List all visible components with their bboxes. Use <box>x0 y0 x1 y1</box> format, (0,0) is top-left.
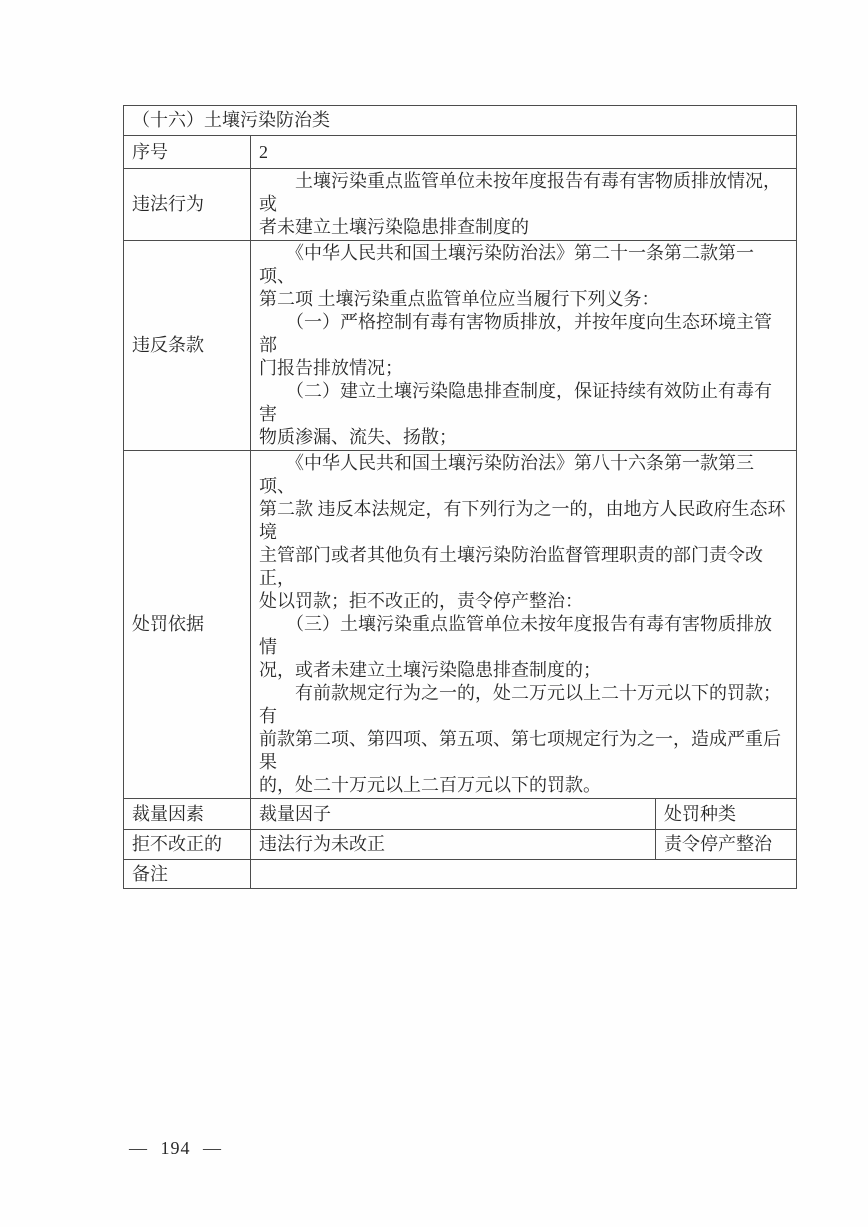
remarks-label: 备注 <box>124 860 251 889</box>
illegal-act-text: 土壤污染重点监管单位未按年度报告有毒有害物质排放情况，或 者未建立土壤污染隐患排… <box>251 169 797 241</box>
serial-value: 2 <box>251 136 797 169</box>
table-row-remarks: 备注 <box>124 860 797 889</box>
discretion-factors-label: 裁量因素 <box>124 799 251 830</box>
page-number: — 194 — <box>129 1138 222 1159</box>
table-row-violated-clause: 违反条款 《中华人民共和国土壤污染防治法》第二十一条第二款第一项、 第二项 土壤… <box>124 241 797 451</box>
penalty-basis-text: 《中华人民共和国土壤污染防治法》第八十六条第一款第三项、 第二款 违反本法规定，… <box>251 451 797 799</box>
penalty-basis-label: 处罚依据 <box>124 451 251 799</box>
violated-clause-text: 《中华人民共和国土壤污染防治法》第二十一条第二款第一项、 第二项 土壤污染重点监… <box>251 241 797 451</box>
penalty-type-header: 处罚种类 <box>656 799 797 830</box>
document-page: （十六）土壤污染防治类 序号 2 违法行为 土壤污染重点监管单位未按年度报告有毒… <box>0 0 868 1227</box>
refusal-factor-value: 违法行为未改正 <box>251 830 656 860</box>
table-row-penalty-basis: 处罚依据 《中华人民共和国土壤污染防治法》第八十六条第一款第三项、 第二款 违反… <box>124 451 797 799</box>
discretion-factor-header: 裁量因子 <box>251 799 656 830</box>
table-row-refusal-to-correct: 拒不改正的 违法行为未改正 责令停产整治 <box>124 830 797 860</box>
category-header-cell: （十六）土壤污染防治类 <box>124 106 797 136</box>
refusal-penalty-value: 责令停产整治 <box>656 830 797 860</box>
law-penalty-table: （十六）土壤污染防治类 序号 2 违法行为 土壤污染重点监管单位未按年度报告有毒… <box>123 105 797 889</box>
refusal-to-correct-label: 拒不改正的 <box>124 830 251 860</box>
serial-label: 序号 <box>124 136 251 169</box>
table-row-category: （十六）土壤污染防治类 <box>124 106 797 136</box>
table-row-illegal-act: 违法行为 土壤污染重点监管单位未按年度报告有毒有害物质排放情况，或 者未建立土壤… <box>124 169 797 241</box>
remarks-value <box>251 860 797 889</box>
illegal-act-label: 违法行为 <box>124 169 251 241</box>
violated-clause-label: 违反条款 <box>124 241 251 451</box>
table-row-serial: 序号 2 <box>124 136 797 169</box>
table-row-discretion-factors: 裁量因素 裁量因子 处罚种类 <box>124 799 797 830</box>
